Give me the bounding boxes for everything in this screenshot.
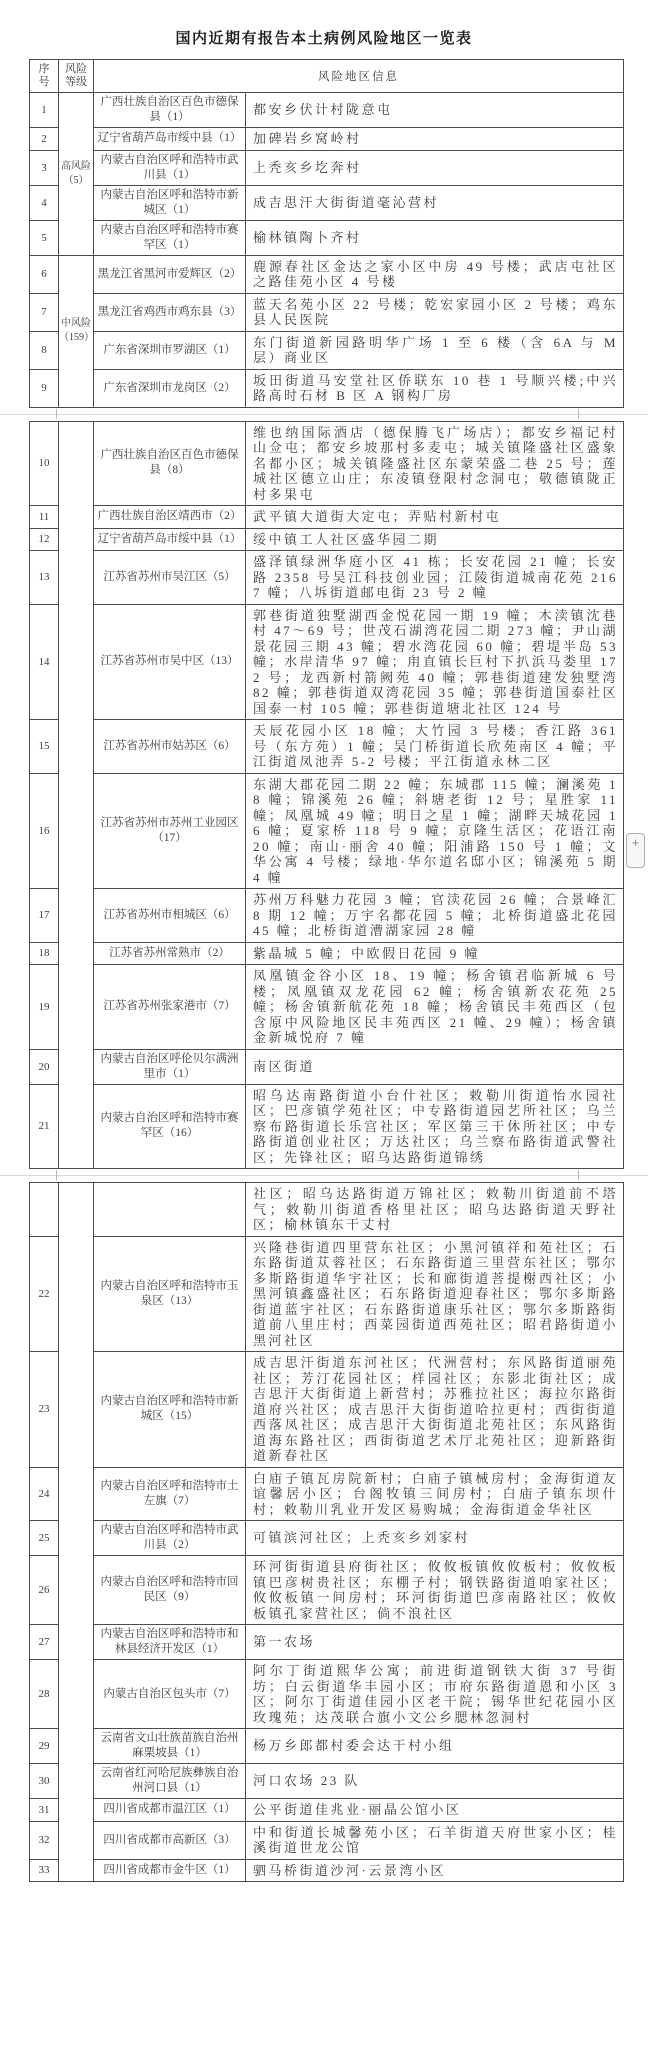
table-row: 19江苏省苏州张家港市（7）凤凰镇金谷小区 18、19 幢；杨舍镇君临新城 6 … xyxy=(30,965,624,1050)
region-cell: 黑龙江省鸡西市鸡东县（3） xyxy=(94,293,246,331)
table-row: 26内蒙古自治区呼和浩特市回民区（9）环河街街道县府街社区；攸攸板镇攸攸板村；攸… xyxy=(30,1556,624,1625)
row-number-cell: 22 xyxy=(30,1236,59,1352)
risk-level-cell: 中风险（159） xyxy=(59,255,94,407)
region-cell: 内蒙古自治区呼和浩特市新城区（1） xyxy=(94,185,246,220)
row-number-cell: 19 xyxy=(30,965,59,1050)
risk-detail-cell: 维也纳国际酒店（德保腾飞广场店）；都安乡福记村山佥屯；都安乡坡那村多麦屯；城关镇… xyxy=(246,421,624,506)
column-header-no: 序号 xyxy=(30,60,59,93)
row-number-cell: 23 xyxy=(30,1352,59,1468)
region-cell: 江苏省苏州市姑苏区（6） xyxy=(94,720,246,774)
risk-detail-cell: 可镇滨河社区；上秃亥乡刘家村 xyxy=(246,1521,624,1556)
row-number-cell: 7 xyxy=(30,293,59,331)
region-cell: 云南省红河哈尼族彝族自治州河口县（1） xyxy=(94,1764,246,1799)
row-number-cell: 20 xyxy=(30,1049,59,1084)
row-number-cell: 14 xyxy=(30,604,59,720)
row-number-cell: 13 xyxy=(30,551,59,605)
risk-detail-cell: 上秃亥乡圪奔村 xyxy=(246,150,624,185)
risk-detail-cell: 武平镇大道街大定屯；弄贴村新村屯 xyxy=(246,506,624,529)
risk-detail-cell: 成吉思汗大街街道毫沁营村 xyxy=(246,185,624,220)
region-cell: 内蒙古自治区呼和浩特市和林县经济开发区（1） xyxy=(94,1625,246,1660)
row-number-cell: 9 xyxy=(30,369,59,407)
page-break-tick xyxy=(56,409,57,419)
region-cell: 内蒙古自治区呼和浩特市赛罕区（16） xyxy=(94,1084,246,1169)
table-row: 10广西壮族自治区百色市德保县（8）维也纳国际酒店（德保腾飞广场店）；都安乡福记… xyxy=(30,421,624,506)
risk-detail-cell: 盛泽镇绿洲华庭小区 41 栋；长安花园 21 幢；长安路 2358 号吴江科技创… xyxy=(246,551,624,605)
table-row: 2辽宁省葫芦岛市绥中县（1）加碑岩乡窝岭村 xyxy=(30,128,624,151)
row-number-cell: 10 xyxy=(30,421,59,506)
risk-detail-cell: 中和街道长城馨苑小区；石羊街道天府世家小区；桂溪街道世龙公馆 xyxy=(246,1821,624,1859)
risk-table-section-3: 社区；昭乌达路街道万锦社区；敕勒川街道前不塔气；敕勒川街道香格里社区；昭乌达路街… xyxy=(29,1182,624,1882)
table-row: 5内蒙古自治区呼和浩特市赛罕区（1）榆林镇陶卜齐村 xyxy=(30,220,624,255)
risk-detail-cell: 紫晶城 5 幢；中欧假日花园 9 幢 xyxy=(246,942,624,965)
table-row: 27内蒙古自治区呼和浩特市和林县经济开发区（1）第一农场 xyxy=(30,1625,624,1660)
risk-detail-cell: 天辰花园小区 18 幢；大竹园 3 号楼；香江路 361 号（东方苑）1 幢；吴… xyxy=(246,720,624,774)
region-cell: 江苏省苏州张家港市（7） xyxy=(94,965,246,1050)
region-cell: 内蒙古自治区呼和浩特市玉泉区（13） xyxy=(94,1236,246,1352)
risk-detail-cell: 东门街道新园路明华广场 1 至 6 楼（含 6A 与 M 层）商业区 xyxy=(246,331,624,369)
region-cell: 内蒙古自治区包头市（7） xyxy=(94,1660,246,1729)
row-number-cell: 4 xyxy=(30,185,59,220)
risk-detail-cell: 第一农场 xyxy=(246,1625,624,1660)
region-cell: 黑龙江省黑河市爱辉区（2） xyxy=(94,255,246,293)
row-number-cell: 2 xyxy=(30,128,59,151)
risk-detail-cell: 加碑岩乡窝岭村 xyxy=(246,128,624,151)
header-row: 序号风险等级风险地区信息 xyxy=(30,60,624,93)
region-cell: 四川省成都市高新区（3） xyxy=(94,1821,246,1859)
table-row: 15江苏省苏州市姑苏区（6）天辰花园小区 18 幢；大竹园 3 号楼；香江路 3… xyxy=(30,720,624,774)
risk-detail-cell: 昭乌达南路街道小台什社区；敕勒川街道怡水园社区；巴彦镇学苑社区；中专路街道园艺所… xyxy=(246,1084,624,1169)
table-row: 32四川省成都市高新区（3）中和街道长城馨苑小区；石羊街道天府世家小区；桂溪街道… xyxy=(30,1821,624,1859)
region-cell: 四川省成都市金牛区（1） xyxy=(94,1859,246,1882)
row-number-cell: 28 xyxy=(30,1660,59,1729)
table-row: 29云南省文山壮族苗族自治州麻栗坡县（1）杨万乡郎都村委会达干村小组 xyxy=(30,1729,624,1764)
risk-detail-cell: 成吉思汗街道东河社区；代洲营村；东风路街道丽苑社区；芳汀花园社区；样园社区；东影… xyxy=(246,1352,624,1468)
page-break-divider xyxy=(0,1169,648,1182)
region-cell: 广西壮族自治区百色市德保县（1） xyxy=(94,93,246,128)
table-row: 8广东省深圳市罗湖区（1）东门街道新园路明华广场 1 至 6 楼（含 6A 与 … xyxy=(30,331,624,369)
page-break-tick xyxy=(578,1170,579,1180)
table-row: 13江苏省苏州市吴江区（5）盛泽镇绿洲华庭小区 41 栋；长安花园 21 幢；长… xyxy=(30,551,624,605)
row-number-cell: 8 xyxy=(30,331,59,369)
table-row: 33四川省成都市金牛区（1）驷马桥街道沙河·云景湾小区 xyxy=(30,1859,624,1882)
row-number-cell: 33 xyxy=(30,1859,59,1882)
risk-detail-cell: 东湖大郡花园二期 22 幢；东城郡 115 幢；澜溪苑 18 幢；锦溪苑 26 … xyxy=(246,773,624,889)
risk-detail-cell: 社区；昭乌达路街道万锦社区；敕勒川街道前不塔气；敕勒川街道香格里社区；昭乌达路街… xyxy=(246,1183,624,1237)
table-row: 30云南省红河哈尼族彝族自治州河口县（1）河口农场 23 队 xyxy=(30,1764,624,1799)
row-number-cell: 18 xyxy=(30,942,59,965)
page-break-tick xyxy=(578,409,579,419)
risk-detail-cell: 杨万乡郎都村委会达干村小组 xyxy=(246,1729,624,1764)
risk-detail-cell: 驷马桥街道沙河·云景湾小区 xyxy=(246,1859,624,1882)
row-number-cell: 32 xyxy=(30,1821,59,1859)
page-title: 国内近期有报告本土病例风险地区一览表 xyxy=(0,0,648,59)
risk-detail-cell: 苏州万科魅力花园 3 幢；官渎花园 26 幢；合景峰汇 8 期 12 幢；万宇名… xyxy=(246,889,624,943)
row-number-cell: 1 xyxy=(30,93,59,128)
risk-detail-cell: 公平街道佳兆业·丽晶公馆小区 xyxy=(246,1799,624,1822)
table-row: 4内蒙古自治区呼和浩特市新城区（1）成吉思汗大街街道毫沁营村 xyxy=(30,185,624,220)
table-row: 17江苏省苏州市相城区（6）苏州万科魅力花园 3 幢；官渎花园 26 幢；合景峰… xyxy=(30,889,624,943)
region-cell: 内蒙古自治区呼和浩特市回民区（9） xyxy=(94,1556,246,1625)
row-number-cell: 15 xyxy=(30,720,59,774)
row-number-cell xyxy=(30,1183,59,1237)
row-number-cell: 11 xyxy=(30,506,59,529)
table-row: 21内蒙古自治区呼和浩特市赛罕区（16）昭乌达南路街道小台什社区；敕勒川街道怡水… xyxy=(30,1084,624,1169)
row-number-cell: 25 xyxy=(30,1521,59,1556)
region-cell: 广西壮族自治区靖西市（2） xyxy=(94,506,246,529)
region-cell: 内蒙古自治区呼和浩特市武川县（2） xyxy=(94,1521,246,1556)
column-header-level: 风险等级 xyxy=(59,60,94,93)
risk-detail-cell: 绥中镇工人社区盛华园二期 xyxy=(246,528,624,551)
region-cell: 内蒙古自治区呼伦贝尔满洲里市（1） xyxy=(94,1049,246,1084)
risk-detail-cell: 榆林镇陶卜齐村 xyxy=(246,220,624,255)
page-break-line xyxy=(0,1175,648,1176)
document-page: 国内近期有报告本土病例风险地区一览表 序号风险等级风险地区信息1高风险（5）广西… xyxy=(0,0,648,2064)
expand-button[interactable]: + xyxy=(626,833,645,868)
risk-detail-cell: 兴隆巷街道四里营东社区；小黑河镇祥和苑社区；石东路街道苁蓉社区；石东路街道三里营… xyxy=(246,1236,624,1352)
region-cell: 内蒙古自治区呼和浩特市武川县（1） xyxy=(94,150,246,185)
risk-detail-cell: 南区街道 xyxy=(246,1049,624,1084)
row-number-cell: 31 xyxy=(30,1799,59,1822)
risk-detail-cell: 河口农场 23 队 xyxy=(246,1764,624,1799)
table-row: 23内蒙古自治区呼和浩特市新城区（15）成吉思汗街道东河社区；代洲营村；东风路街… xyxy=(30,1352,624,1468)
risk-detail-cell: 白庙子镇瓦房院新村；白庙子镇械房村；金海街道友谊馨居小区；台阁牧镇三间房村；白庙… xyxy=(246,1467,624,1521)
region-cell: 江苏省苏州常熟市（2） xyxy=(94,942,246,965)
table-row: 18江苏省苏州常熟市（2）紫晶城 5 幢；中欧假日花园 9 幢 xyxy=(30,942,624,965)
row-number-cell: 12 xyxy=(30,528,59,551)
table-row: 9广东省深圳市龙岗区（2）坂田街道马安堂社区侨联东 10 巷 1 号顺兴楼;中兴… xyxy=(30,369,624,407)
table-area: 序号风险等级风险地区信息1高风险（5）广西壮族自治区百色市德保县（1）都安乡伏计… xyxy=(29,59,623,1882)
table-row: 7黑龙江省鸡西市鸡东县（3）蓝天名苑小区 22 号楼；乾宏家园小区 2 号楼；鸡… xyxy=(30,293,624,331)
row-number-cell: 21 xyxy=(30,1084,59,1169)
row-number-cell: 3 xyxy=(30,150,59,185)
region-cell: 广东省深圳市罗湖区（1） xyxy=(94,331,246,369)
risk-table-section-1: 序号风险等级风险地区信息1高风险（5）广西壮族自治区百色市德保县（1）都安乡伏计… xyxy=(29,59,624,408)
row-number-cell: 5 xyxy=(30,220,59,255)
region-cell: 江苏省苏州市苏州工业园区（17） xyxy=(94,773,246,889)
region-cell: 广东省深圳市龙岗区（2） xyxy=(94,369,246,407)
table-row: 22内蒙古自治区呼和浩特市玉泉区（13）兴隆巷街道四里营东社区；小黑河镇祥和苑社… xyxy=(30,1236,624,1352)
risk-detail-cell: 都安乡伏计村陇意屯 xyxy=(246,93,624,128)
region-cell: 四川省成都市温江区（1） xyxy=(94,1799,246,1822)
region-cell: 江苏省苏州市吴中区（13） xyxy=(94,604,246,720)
table-row: 20内蒙古自治区呼伦贝尔满洲里市（1）南区街道 xyxy=(30,1049,624,1084)
page-break-line xyxy=(0,414,648,415)
region-cell: 江苏省苏州市相城区（6） xyxy=(94,889,246,943)
row-number-cell: 29 xyxy=(30,1729,59,1764)
region-cell: 广西壮族自治区百色市德保县（8） xyxy=(94,421,246,506)
risk-level-cell xyxy=(59,421,94,1169)
row-number-cell: 30 xyxy=(30,1764,59,1799)
table-row: 12辽宁省葫芦岛市绥中县（1）绥中镇工人社区盛华园二期 xyxy=(30,528,624,551)
table-row: 25内蒙古自治区呼和浩特市武川县（2）可镇滨河社区；上秃亥乡刘家村 xyxy=(30,1521,624,1556)
table-row: 31四川省成都市温江区（1）公平街道佳兆业·丽晶公馆小区 xyxy=(30,1799,624,1822)
region-cell: 内蒙古自治区呼和浩特市土左旗（7） xyxy=(94,1467,246,1521)
table-row: 16江苏省苏州市苏州工业园区（17）东湖大郡花园二期 22 幢；东城郡 115 … xyxy=(30,773,624,889)
region-cell xyxy=(94,1183,246,1237)
region-cell: 内蒙古自治区呼和浩特市新城区（15） xyxy=(94,1352,246,1468)
row-number-cell: 17 xyxy=(30,889,59,943)
row-number-cell: 24 xyxy=(30,1467,59,1521)
risk-level-cell: 高风险（5） xyxy=(59,93,94,256)
table-row: 11广西壮族自治区靖西市（2）武平镇大道街大定屯；弄贴村新村屯 xyxy=(30,506,624,529)
region-cell: 江苏省苏州市吴江区（5） xyxy=(94,551,246,605)
table-row: 1高风险（5）广西壮族自治区百色市德保县（1）都安乡伏计村陇意屯 xyxy=(30,93,624,128)
risk-detail-cell: 蓝天名苑小区 22 号楼；乾宏家园小区 2 号楼；鸡东县人民医院 xyxy=(246,293,624,331)
table-row: 24内蒙古自治区呼和浩特市土左旗（7）白庙子镇瓦房院新村；白庙子镇械房村；金海街… xyxy=(30,1467,624,1521)
table-row: 14江苏省苏州市吴中区（13）郭巷街道独墅湖西金悦花园一期 19 幢；木渎镇沈巷… xyxy=(30,604,624,720)
row-number-cell: 6 xyxy=(30,255,59,293)
row-number-cell: 26 xyxy=(30,1556,59,1625)
risk-detail-cell: 鹿源春社区金达之家小区中房 49 号楼；武店屯社区之路佳苑小区 4 号楼 xyxy=(246,255,624,293)
region-cell: 内蒙古自治区呼和浩特市赛罕区（1） xyxy=(94,220,246,255)
row-number-cell: 16 xyxy=(30,773,59,889)
table-row: 3内蒙古自治区呼和浩特市武川县（1）上秃亥乡圪奔村 xyxy=(30,150,624,185)
risk-detail-cell: 郭巷街道独墅湖西金悦花园一期 19 幢；木渎镇沈巷村 47～69 号；世茂石湖湾… xyxy=(246,604,624,720)
risk-detail-cell: 坂田街道马安堂社区侨联东 10 巷 1 号顺兴楼;中兴路高时石材 B 区 A 钢… xyxy=(246,369,624,407)
table-row: 社区；昭乌达路街道万锦社区；敕勒川街道前不塔气；敕勒川街道香格里社区；昭乌达路街… xyxy=(30,1183,624,1237)
column-header-info: 风险地区信息 xyxy=(94,60,624,93)
risk-detail-cell: 阿尔丁街道熙华公寓；前进街道钢铁大街 37 号街坊；白云街道华丰园小区；市府东路… xyxy=(246,1660,624,1729)
region-cell: 云南省文山壮族苗族自治州麻栗坡县（1） xyxy=(94,1729,246,1764)
risk-level-cell xyxy=(59,1183,94,1882)
risk-detail-cell: 凤凰镇金谷小区 18、19 幢；杨舍镇君临新城 6 号楼；凤凰镇双龙花园 62 … xyxy=(246,965,624,1050)
row-number-cell: 27 xyxy=(30,1625,59,1660)
region-cell: 辽宁省葫芦岛市绥中县（1） xyxy=(94,528,246,551)
risk-detail-cell: 环河街街道县府街社区；攸攸板镇攸攸板村；攸攸板镇巴彦树贵社区；东棚子村；钢铁路街… xyxy=(246,1556,624,1625)
page-break-divider xyxy=(0,408,648,421)
region-cell: 辽宁省葫芦岛市绥中县（1） xyxy=(94,128,246,151)
risk-table-section-2: 10广西壮族自治区百色市德保县（8）维也纳国际酒店（德保腾飞广场店）；都安乡福记… xyxy=(29,421,624,1170)
page-break-tick xyxy=(56,1170,57,1180)
table-row: 28内蒙古自治区包头市（7）阿尔丁街道熙华公寓；前进街道钢铁大街 37 号街坊；… xyxy=(30,1660,624,1729)
table-row: 6中风险（159）黑龙江省黑河市爱辉区（2）鹿源春社区金达之家小区中房 49 号… xyxy=(30,255,624,293)
